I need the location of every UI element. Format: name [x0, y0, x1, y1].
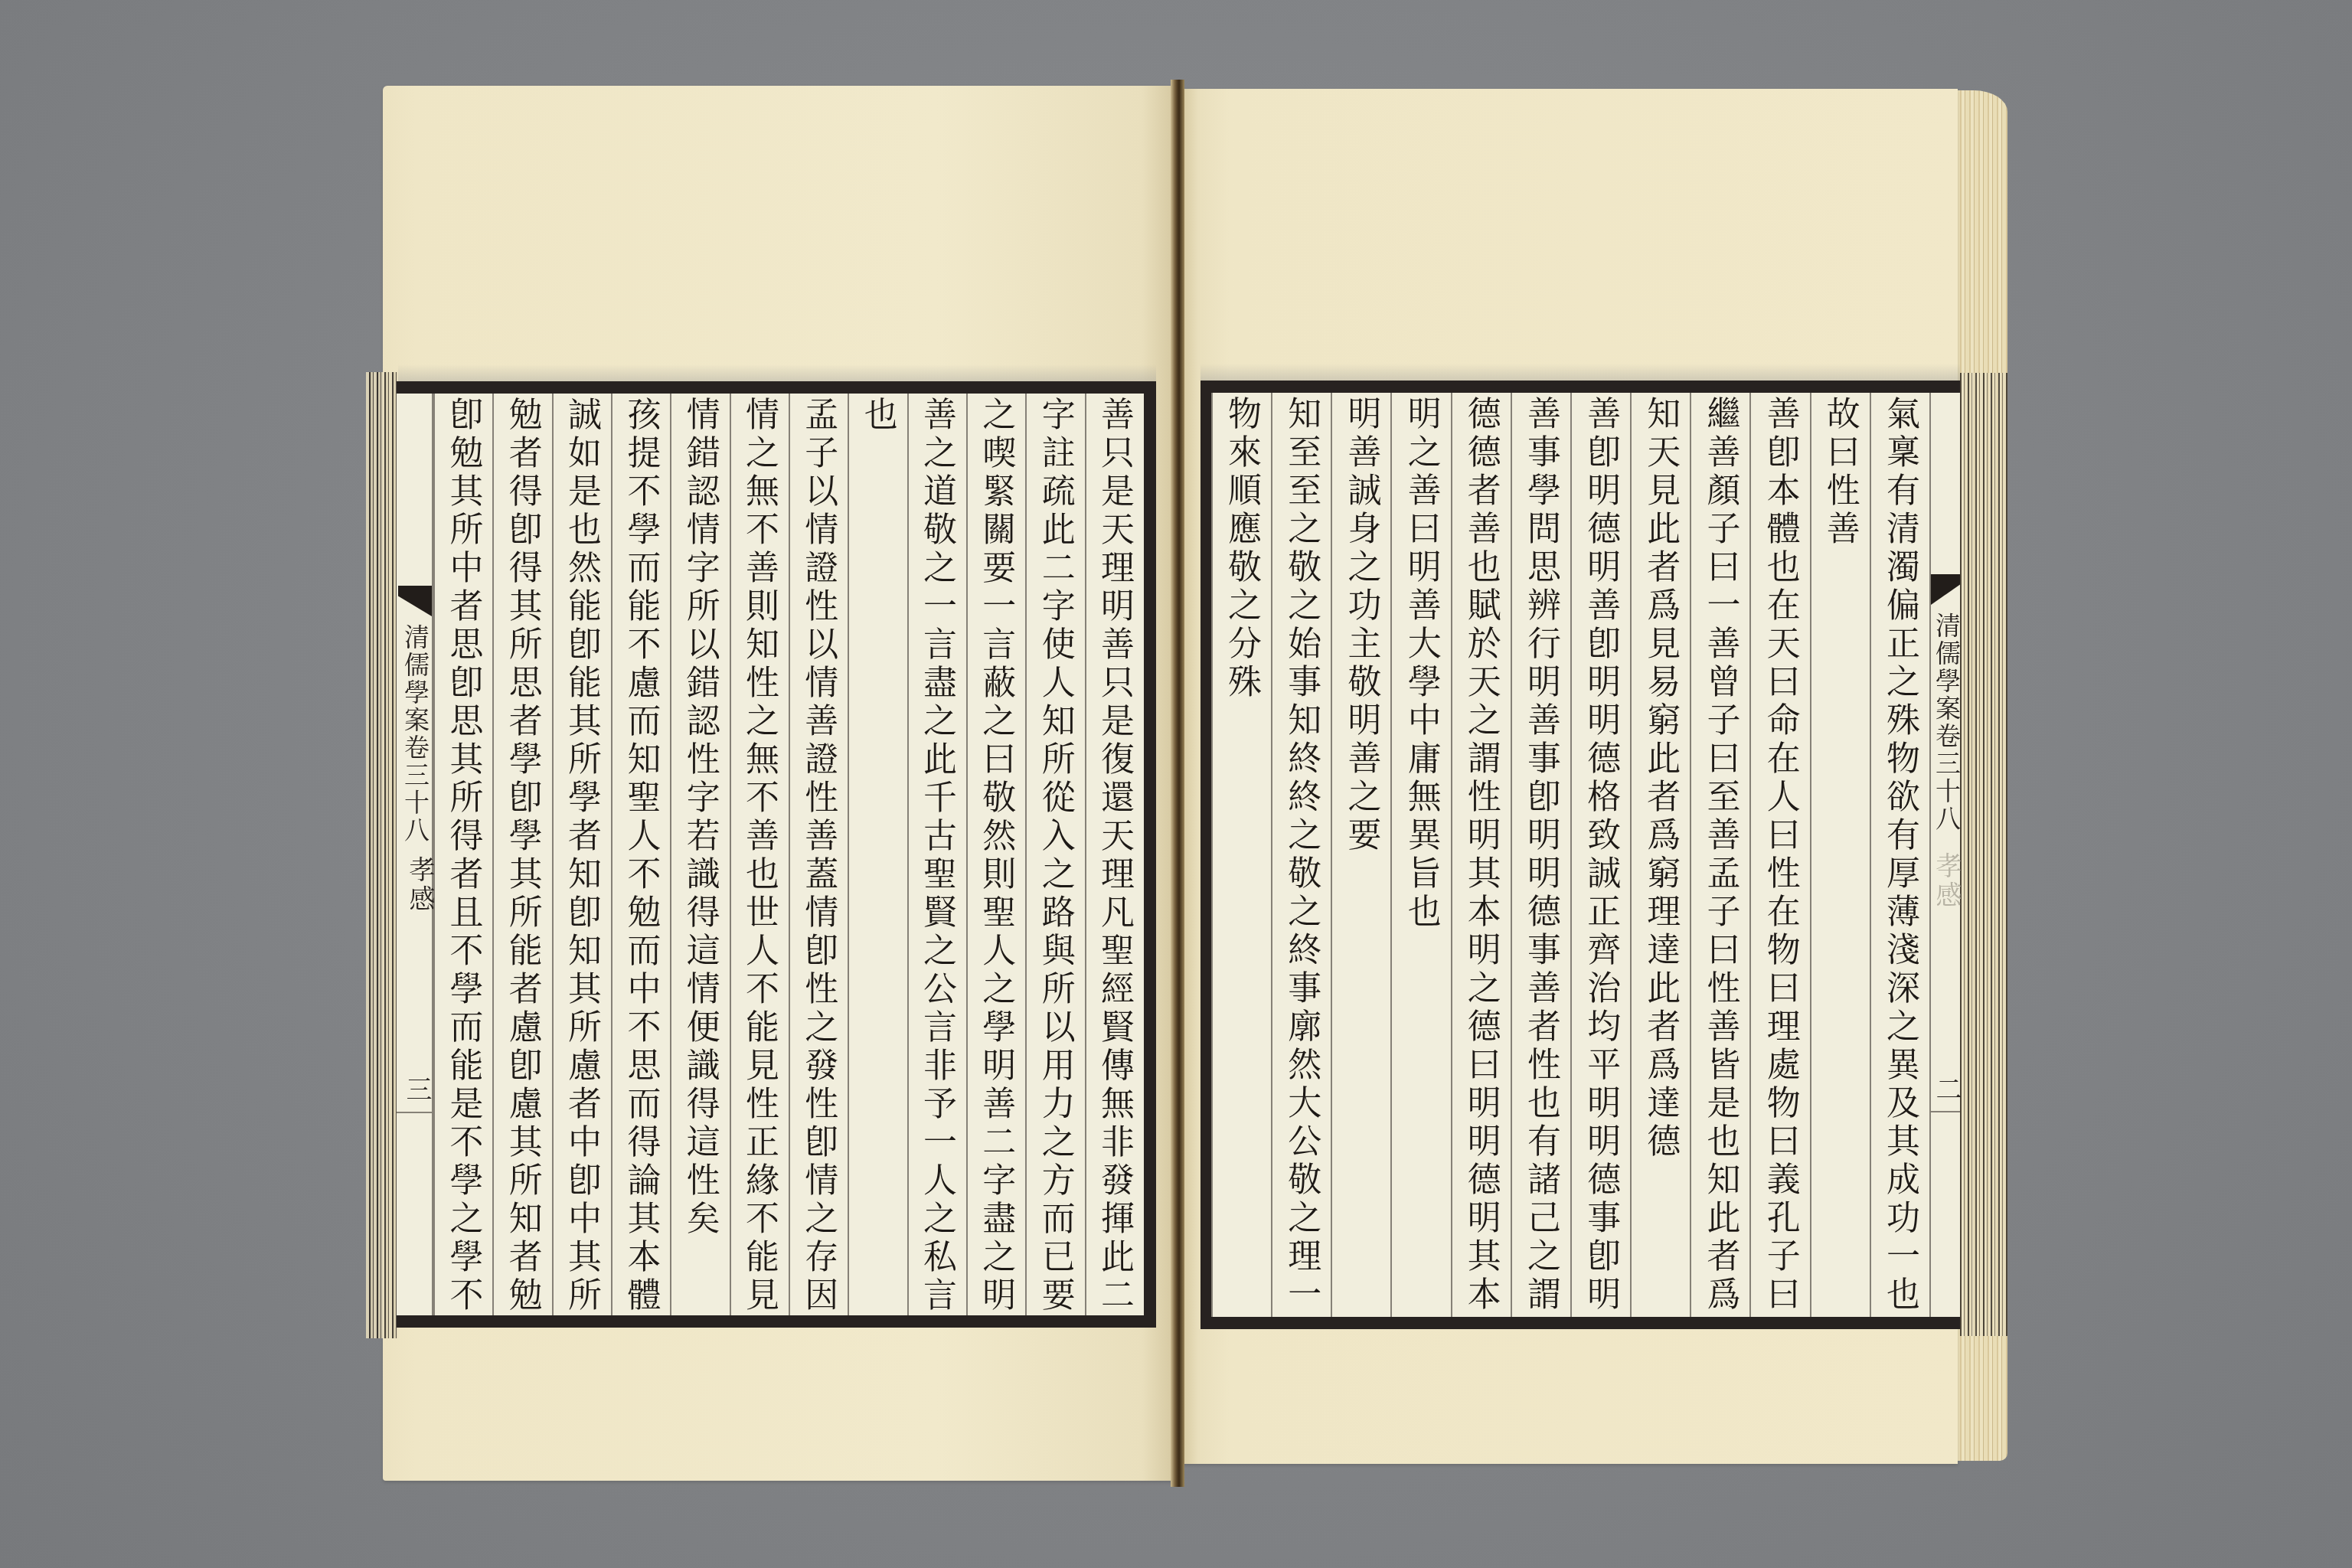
- left-column-9: 孩提不學而能不慮而知聖人不勉而中不思而得論其本體: [611, 394, 670, 1315]
- left-page-text-frame: 清儒學案卷三十八 孝感 三 善只是天理明善只是復還天理凡聖經賢傳無非發揮此二 字…: [397, 381, 1156, 1328]
- left-column-11: 勉者得卽得其所思者學卽學其所能者慮卽慮其所知者勉: [492, 394, 551, 1315]
- right-page-number: 二: [1931, 1076, 1962, 1102]
- left-column-6: 孟子以情證性以情善證性善蓋情卽性之發性卽情之存因: [789, 394, 848, 1315]
- right-column-6: 善卽明德明善卽明明德格致誠正齊治均平明明德事卽明: [1570, 393, 1630, 1317]
- right-page-banxin-margin: 清儒學案卷三十八 孝感 二: [1929, 393, 1960, 1317]
- right-margin-rule: [1931, 1111, 1960, 1112]
- left-margin-title: 清儒學案卷三十八: [400, 624, 430, 844]
- right-column-7: 善事學問思辨行明善事卽明明德事善者性也有諸己之謂: [1511, 393, 1570, 1317]
- right-page-text-frame: 氣稟有清濁偏正之殊物欲有厚薄淺深之異及其成功一也 故曰性善 善卽本體也在天曰命在…: [1200, 381, 1960, 1329]
- left-page-edge-stack: [366, 372, 398, 1338]
- right-margin-title: 清儒學案卷三十八: [1931, 612, 1962, 833]
- right-column-2: 故曰性善: [1810, 393, 1870, 1317]
- left-margin-rule: [397, 1112, 432, 1113]
- right-column-10: 明善誠身之功主敬明善之要: [1331, 393, 1390, 1317]
- left-page-columns: 善只是天理明善只是復還天理凡聖經賢傳無非發揮此二 字註疏此二字使人知所從入之路與…: [433, 394, 1144, 1315]
- right-column-5: 知天見此者爲見易窮此者爲窮理達此者爲達德: [1630, 393, 1690, 1317]
- left-showthrough-band: [398, 364, 1156, 381]
- right-column-1: 氣稟有清濁偏正之殊物欲有厚薄淺深之異及其成功一也: [1870, 393, 1929, 1317]
- left-column-8: 情錯認情字所以錯認性字若識得這情便識得這性矣: [670, 394, 729, 1315]
- left-column-1: 善只是天理明善只是復還天理凡聖經賢傳無非發揮此二: [1085, 394, 1144, 1315]
- left-column-2: 字註疏此二字使人知所從入之路與所以用力之方而已要: [1025, 394, 1084, 1315]
- left-column-5: 也: [848, 394, 906, 1315]
- right-column-4: 繼善顏子曰一善曾子曰至善孟子曰性善皆是也知此者爲: [1690, 393, 1749, 1317]
- fish-tail-ornament: [398, 586, 432, 616]
- left-column-7: 情之無不善則知性之無不善也世人不能見性正緣不能見: [730, 394, 789, 1315]
- right-column-9: 明之善曰明善大學中庸無異旨也: [1390, 393, 1450, 1317]
- right-column-8: 德德者善也賦於天之謂性明其本明之德曰明明德明其本: [1451, 393, 1511, 1317]
- right-showthrough-band: [1200, 364, 1960, 381]
- left-page-number: 三: [401, 1076, 432, 1102]
- right-column-11: 知至至之敬之始事知終終之敬之終事廓然大公敬之理一: [1271, 393, 1331, 1317]
- left-column-10: 誠如是也然能卽能其所學者知卽知其所慮者中卽中其所: [552, 394, 611, 1315]
- right-margin-section: 孝感: [1931, 852, 1962, 910]
- book-spine-gutter: [1171, 80, 1184, 1487]
- fish-tail-ornament: [1931, 574, 1960, 605]
- right-column-12: 物來順應敬之分殊: [1211, 393, 1271, 1317]
- right-page-columns: 氣稟有清濁偏正之殊物欲有厚薄淺深之異及其成功一也 故曰性善 善卽本體也在天曰命在…: [1211, 393, 1929, 1317]
- right-column-3: 善卽本體也在天曰命在人曰性在物曰理處物曰義孔子曰: [1749, 393, 1809, 1317]
- open-book-photo: 清儒學案卷三十八 孝感 三 善只是天理明善只是復還天理凡聖經賢傳無非發揮此二 字…: [0, 0, 2352, 1568]
- left-column-3: 之喫緊關要一言蔽之曰敬然則聖人之學明善二字盡之明: [966, 394, 1025, 1315]
- left-column-12: 卽勉其所中者思卽思其所得者且不學而能是不學之學不: [433, 394, 492, 1315]
- right-page-edge-stack: [1960, 373, 2007, 1336]
- left-page-banxin-margin: 清儒學案卷三十八 孝感 三: [397, 394, 433, 1315]
- left-column-4: 善之道敬之一言盡之此千古聖賢之公言非予一人之私言: [907, 394, 966, 1315]
- left-margin-section: 孝感: [404, 856, 435, 914]
